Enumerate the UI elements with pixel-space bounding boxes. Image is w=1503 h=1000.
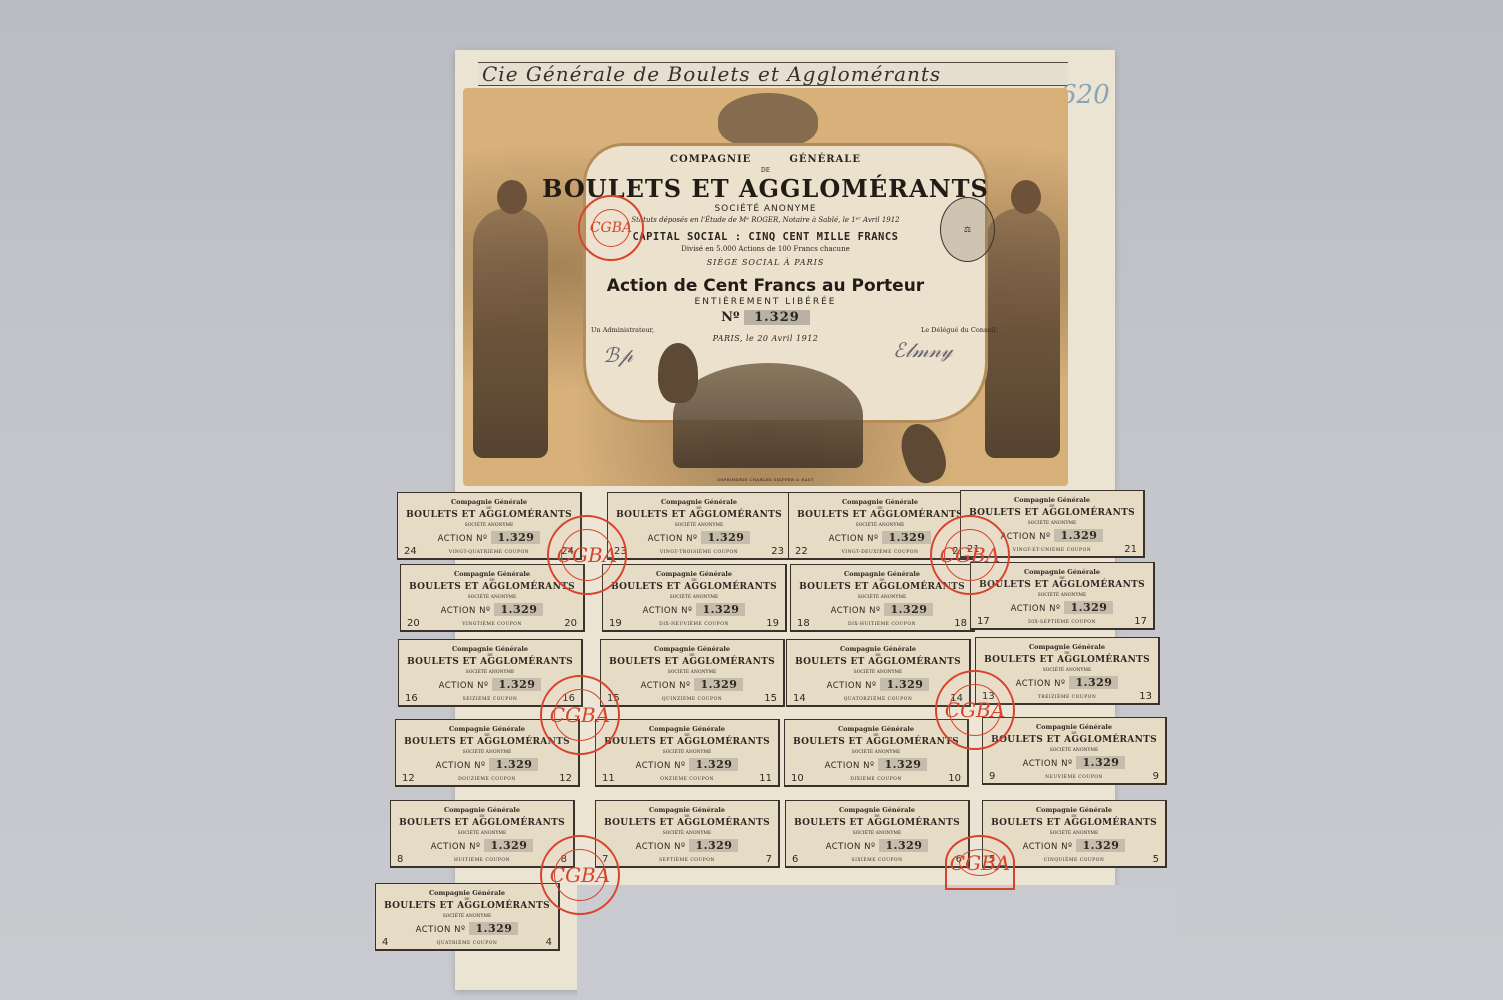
company-prefix: COMPAGNIE GÉNÉRALE xyxy=(463,154,1068,165)
script-header-band: Cie Générale de Boulets et Agglomérants xyxy=(478,62,1068,86)
coupon-number-left: 20 xyxy=(407,618,420,629)
coupon-action: ACTION Nº1.329 xyxy=(785,758,967,771)
liberee-line: ENTIÈREMENT LIBÉRÉE xyxy=(463,297,1068,307)
coupon-number-left: 8 xyxy=(397,854,403,865)
coupon-number-left: 11 xyxy=(602,773,615,784)
coupon-name: BOULETS ET AGGLOMÉRANTS xyxy=(391,818,573,828)
coupon-action: ACTION Nº1.329 xyxy=(396,758,578,771)
coupon-company: Compagnie Générale xyxy=(603,570,785,578)
coupon-legal-form: SOCIÉTÉ ANONYME xyxy=(785,750,967,755)
coupon-number-right: 7 xyxy=(766,854,772,865)
coupon-action-label: ACTION Nº xyxy=(438,534,488,544)
coupon-action-number: 1.329 xyxy=(880,678,929,691)
coupon-legal-form: SOCIÉTÉ ANONYME xyxy=(396,750,578,755)
coupon-name: BOULETS ET AGGLOMÉRANTS xyxy=(601,657,783,667)
coupon-action: ACTION Nº1.329 xyxy=(601,678,783,691)
coupon-company: Compagnie Générale xyxy=(976,643,1158,651)
coupon-action-label: ACTION Nº xyxy=(416,925,466,935)
coupon-action-label: ACTION Nº xyxy=(641,681,691,691)
coupon-action-label: ACTION Nº xyxy=(829,534,879,544)
coupon-action-label: ACTION Nº xyxy=(1023,842,1073,852)
coupon-action-label: ACTION Nº xyxy=(439,681,489,691)
coupon-number-right: 23 xyxy=(771,546,784,557)
coupon-action: ACTION Nº1.329 xyxy=(603,603,785,616)
coupon-legal-form: SOCIÉTÉ ANONYME xyxy=(376,914,558,919)
coupon-number-left: 17 xyxy=(977,616,990,627)
coupon-action-number: 1.329 xyxy=(489,758,538,771)
seal-monogram: CGBA xyxy=(945,698,1005,722)
coupon-number-right: 11 xyxy=(759,773,772,784)
coupon-legal-form: SOCIÉTÉ ANONYME xyxy=(791,595,973,600)
coupon-action-number: 1.329 xyxy=(1054,529,1103,542)
coupon-number-left: 6 xyxy=(792,854,798,865)
coupon-name: BOULETS ET AGGLOMÉRANTS xyxy=(976,655,1158,665)
coupon-action: ACTION Nº1.329 xyxy=(376,922,558,935)
coupon-name: BOULETS ET AGGLOMÉRANTS xyxy=(961,508,1143,518)
coupon-action-number: 1.329 xyxy=(494,603,543,616)
coupon-legal-form: SOCIÉTÉ ANONYME xyxy=(596,750,778,755)
coupon-number-right: 13 xyxy=(1139,691,1152,702)
red-seal-coupon-1: CGBA xyxy=(547,515,627,595)
coupon-action-label: ACTION Nº xyxy=(826,842,876,852)
coupon-company: Compagnie Générale xyxy=(376,889,558,897)
coupon-legal-form: SOCIÉTÉ ANONYME xyxy=(983,831,1165,836)
coupon-legal-form: SOCIÉTÉ ANONYME xyxy=(976,668,1158,673)
coupon-23: Compagnie Générale DE BOULETS ET AGGLOMÉ… xyxy=(607,492,792,560)
coupon-number-right: 4 xyxy=(546,937,552,948)
coupon-number-left: 10 xyxy=(791,773,804,784)
coupon-action-number: 1.329 xyxy=(701,531,750,544)
number-prefix: Nº xyxy=(721,310,739,325)
coupon-ordinal: DIX-HUITIÈME COUPON xyxy=(791,622,973,627)
coupon-number-left: 16 xyxy=(405,693,418,704)
administrator-signature: ℬ𝓅 xyxy=(603,343,633,367)
coupon-action-number: 1.329 xyxy=(882,531,931,544)
coupon-action-number: 1.329 xyxy=(879,839,928,852)
coupon-action-label: ACTION Nº xyxy=(636,761,686,771)
coupon-number-right: 18 xyxy=(954,618,967,629)
coupon-name: BOULETS ET AGGLOMÉRANTS xyxy=(786,818,968,828)
coupon-name: BOULETS ET AGGLOMÉRANTS xyxy=(596,818,778,828)
coupon-action-number: 1.329 xyxy=(1069,676,1118,689)
coupon-action-label: ACTION Nº xyxy=(1023,759,1073,769)
coupon-company: Compagnie Générale xyxy=(983,806,1165,814)
coupon-legal-form: SOCIÉTÉ ANONYME xyxy=(398,523,580,528)
coupon-number-left: 9 xyxy=(989,771,995,782)
coupon-number-left: 18 xyxy=(797,618,810,629)
coupon-action: ACTION Nº1.329 xyxy=(596,839,778,852)
coupon-action-label: ACTION Nº xyxy=(441,606,491,616)
red-seal-coupon-4: CGBA xyxy=(935,670,1015,750)
coupon-company: Compagnie Générale xyxy=(961,496,1143,504)
coupon-ordinal: NEUVIÈME COUPON xyxy=(983,775,1165,780)
coupon-action-number: 1.329 xyxy=(696,603,745,616)
coupon-name: BOULETS ET AGGLOMÉRANTS xyxy=(596,737,778,747)
company-prefix-left: COMPAGNIE xyxy=(670,154,751,165)
number-value: 1.329 xyxy=(744,310,810,325)
coupon-company: Compagnie Générale xyxy=(596,806,778,814)
coupon-number-right: 5 xyxy=(1153,854,1159,865)
coupon-number-right: 12 xyxy=(559,773,572,784)
coupon-action-number: 1.329 xyxy=(884,603,933,616)
coupon-name: BOULETS ET AGGLOMÉRANTS xyxy=(787,657,969,667)
coupon-action-label: ACTION Nº xyxy=(1001,532,1051,542)
coupon-action-number: 1.329 xyxy=(484,839,533,852)
coupon-name: BOULETS ET AGGLOMÉRANTS xyxy=(785,737,967,747)
coupon-number-right: 10 xyxy=(948,773,961,784)
coupon-ordinal: DOUZIÈME COUPON xyxy=(396,777,578,782)
coupon-legal-form: SOCIÉTÉ ANONYME xyxy=(401,595,583,600)
coupon-number-left: 19 xyxy=(609,618,622,629)
coupon-company: Compagnie Générale xyxy=(786,806,968,814)
coupon-ordinal: QUINZIÈME COUPON xyxy=(601,697,783,702)
coupon-11: Compagnie Générale DE BOULETS ET AGGLOMÉ… xyxy=(595,719,780,787)
de-label: DE xyxy=(463,167,1068,174)
delegate-label: Le Délégué du Conseil, xyxy=(921,326,997,334)
coupon-action-number: 1.329 xyxy=(1076,756,1125,769)
tax-stamp: ⚖ xyxy=(940,197,995,262)
coupon-action-label: ACTION Nº xyxy=(648,534,698,544)
coupon-legal-form: SOCIÉTÉ ANONYME xyxy=(601,670,783,675)
coupon-legal-form: SOCIÉTÉ ANONYME xyxy=(786,831,968,836)
coupon-action: ACTION Nº1.329 xyxy=(608,531,790,544)
coupon-ordinal: SEPTIÈME COUPON xyxy=(596,858,778,863)
coupon-name: BOULETS ET AGGLOMÉRANTS xyxy=(603,582,785,592)
coupon-action-label: ACTION Nº xyxy=(431,842,481,852)
coupon-company: Compagnie Générale xyxy=(398,498,580,506)
share-number: Nº 1.329 xyxy=(463,310,1068,325)
coupon-action-number: 1.329 xyxy=(878,758,927,771)
coupon-action-number: 1.329 xyxy=(689,758,738,771)
coupon-company: Compagnie Générale xyxy=(399,645,581,653)
coupon-company: Compagnie Générale xyxy=(787,645,969,653)
coupon-action: ACTION Nº1.329 xyxy=(401,603,583,616)
red-company-seal-main: CGBA xyxy=(578,195,644,261)
coupon-ordinal: VINGT-TROISIÈME COUPON xyxy=(608,550,790,555)
coupon-number-left: 24 xyxy=(404,546,417,557)
coupon-action: ACTION Nº1.329 xyxy=(596,758,778,771)
coupon-company: Compagnie Générale xyxy=(789,498,971,506)
place-date: PARIS, le 20 Avril 1912 xyxy=(463,334,1068,343)
coupon-action-number: 1.329 xyxy=(469,922,518,935)
coupon-company: Compagnie Générale xyxy=(596,725,778,733)
coupon-action: ACTION Nº1.329 xyxy=(971,601,1153,614)
coupon-legal-form: SOCIÉTÉ ANONYME xyxy=(603,595,785,600)
coupon-4: Compagnie Générale DE BOULETS ET AGGLOMÉ… xyxy=(375,883,560,951)
coupon-ordinal: VINGTIÈME COUPON xyxy=(401,622,583,627)
coupon-action-number: 1.329 xyxy=(492,678,541,691)
red-seal-coupon-3: CGBA xyxy=(540,675,620,755)
coupon-ordinal: QUATRIÈME COUPON xyxy=(376,941,558,946)
coupon-action-label: ACTION Nº xyxy=(436,761,486,771)
coupon-action-number: 1.329 xyxy=(1064,601,1113,614)
coupon-7: Compagnie Générale DE BOULETS ET AGGLOMÉ… xyxy=(595,800,780,868)
company-prefix-right: GÉNÉRALE xyxy=(789,154,861,165)
coupon-action-label: ACTION Nº xyxy=(827,681,877,691)
coupon-number-left: 4 xyxy=(382,937,388,948)
coupon-name: BOULETS ET AGGLOMÉRANTS xyxy=(983,735,1165,745)
coupon-name: BOULETS ET AGGLOMÉRANTS xyxy=(399,657,581,667)
coupon-name: BOULETS ET AGGLOMÉRANTS xyxy=(608,510,790,520)
coupon-number-right: 17 xyxy=(1134,616,1147,627)
administrator-label: Un Administrateur, xyxy=(591,326,654,334)
coupon-ordinal: ONZIÈME COUPON xyxy=(596,777,778,782)
coupon-6: Compagnie Générale DE BOULETS ET AGGLOMÉ… xyxy=(785,800,970,868)
coupon-action: ACTION Nº1.329 xyxy=(983,756,1165,769)
coupon-action-label: ACTION Nº xyxy=(636,842,686,852)
coupon-legal-form: SOCIÉTÉ ANONYME xyxy=(596,831,778,836)
coupon-ordinal: DIXIÈME COUPON xyxy=(785,777,967,782)
coupon-action-label: ACTION Nº xyxy=(1016,679,1066,689)
seal-monogram: CGBA xyxy=(557,543,617,567)
red-seal-coupon-5: CGBA xyxy=(540,835,620,915)
coupon-company: Compagnie Générale xyxy=(601,645,783,653)
coupon-number-right: 21 xyxy=(1124,544,1137,555)
coupon-action: ACTION Nº1.329 xyxy=(786,839,968,852)
cherub-with-caduceus xyxy=(658,343,698,403)
coupon-legal-form: SOCIÉTÉ ANONYME xyxy=(971,593,1153,598)
coupon-number-right: 19 xyxy=(766,618,779,629)
seal-monogram: CGBA xyxy=(550,863,610,887)
coupon-action-number: 1.329 xyxy=(689,839,738,852)
seal-monogram: CGBA xyxy=(940,543,1000,567)
seal-monogram: CGBA xyxy=(590,220,632,236)
coupon-legal-form: SOCIÉTÉ ANONYME xyxy=(787,670,969,675)
coupon-action-label: ACTION Nº xyxy=(825,761,875,771)
tax-stamp-icon: ⚖ xyxy=(964,225,971,234)
seal-monogram: CGBA xyxy=(550,703,610,727)
coupon-number-right: 15 xyxy=(764,693,777,704)
factory-vignette-bottom xyxy=(673,363,863,468)
coupon-company: Compagnie Générale xyxy=(608,498,790,506)
coupon-name: BOULETS ET AGGLOMÉRANTS xyxy=(398,510,580,520)
coupon-legal-form: SOCIÉTÉ ANONYME xyxy=(983,748,1165,753)
coupon-ordinal: DIX-NEUVIÈME COUPON xyxy=(603,622,785,627)
coupon-legal-form: SOCIÉTÉ ANONYME xyxy=(608,523,790,528)
coupon-19: Compagnie Générale DE BOULETS ET AGGLOMÉ… xyxy=(602,564,787,632)
coupon-name: BOULETS ET AGGLOMÉRANTS xyxy=(401,582,583,592)
coupon-number-left: 14 xyxy=(793,693,806,704)
coupon-15: Compagnie Générale DE BOULETS ET AGGLOMÉ… xyxy=(600,639,785,707)
coupon-action: ACTION Nº1.329 xyxy=(791,603,973,616)
coupon-action-number: 1.329 xyxy=(491,531,540,544)
coupon-number-right: 20 xyxy=(564,618,577,629)
share-type: Action de Cent Francs au Porteur xyxy=(463,276,1068,296)
coupon-name: BOULETS ET AGGLOMÉRANTS xyxy=(376,901,558,911)
coupon-action-number: 1.329 xyxy=(694,678,743,691)
seal-monogram: CGBA xyxy=(950,851,1010,875)
red-seal-coupon-6: CGBA xyxy=(945,835,1015,890)
delegate-signature: ℰ𝓁𝓂𝓃𝓎 xyxy=(893,338,953,362)
printer-imprint: IMPRIMERIE CHARLES SKIPPER & EAST xyxy=(463,477,1068,482)
coupon-legal-form: SOCIÉTÉ ANONYME xyxy=(391,831,573,836)
coupon-action-label: ACTION Nº xyxy=(1011,604,1061,614)
detached-coupons-cutout xyxy=(577,885,1177,1000)
coupon-action-label: ACTION Nº xyxy=(831,606,881,616)
coupon-number-left: 22 xyxy=(795,546,808,557)
coupon-legal-form: SOCIÉTÉ ANONYME xyxy=(399,670,581,675)
cherub-reclining xyxy=(894,418,952,486)
coupon-action-number: 1.329 xyxy=(1076,839,1125,852)
coupon-action: ACTION Nº1.329 xyxy=(391,839,573,852)
coupon-name: BOULETS ET AGGLOMÉRANTS xyxy=(983,818,1165,828)
coupon-number-right: 9 xyxy=(1153,771,1159,782)
factory-vignette-top xyxy=(718,93,818,148)
coupon-company: Compagnie Générale xyxy=(391,806,573,814)
coupon-ordinal: DIX-SEPTIÈME COUPON xyxy=(971,620,1153,625)
coupon-action-label: ACTION Nº xyxy=(643,606,693,616)
coupon-name: BOULETS ET AGGLOMÉRANTS xyxy=(789,510,971,520)
red-seal-coupon-2: CGBA xyxy=(930,515,1010,595)
coupon-ordinal: SIXIÈME COUPON xyxy=(786,858,968,863)
coupon-number-left: 12 xyxy=(402,773,415,784)
